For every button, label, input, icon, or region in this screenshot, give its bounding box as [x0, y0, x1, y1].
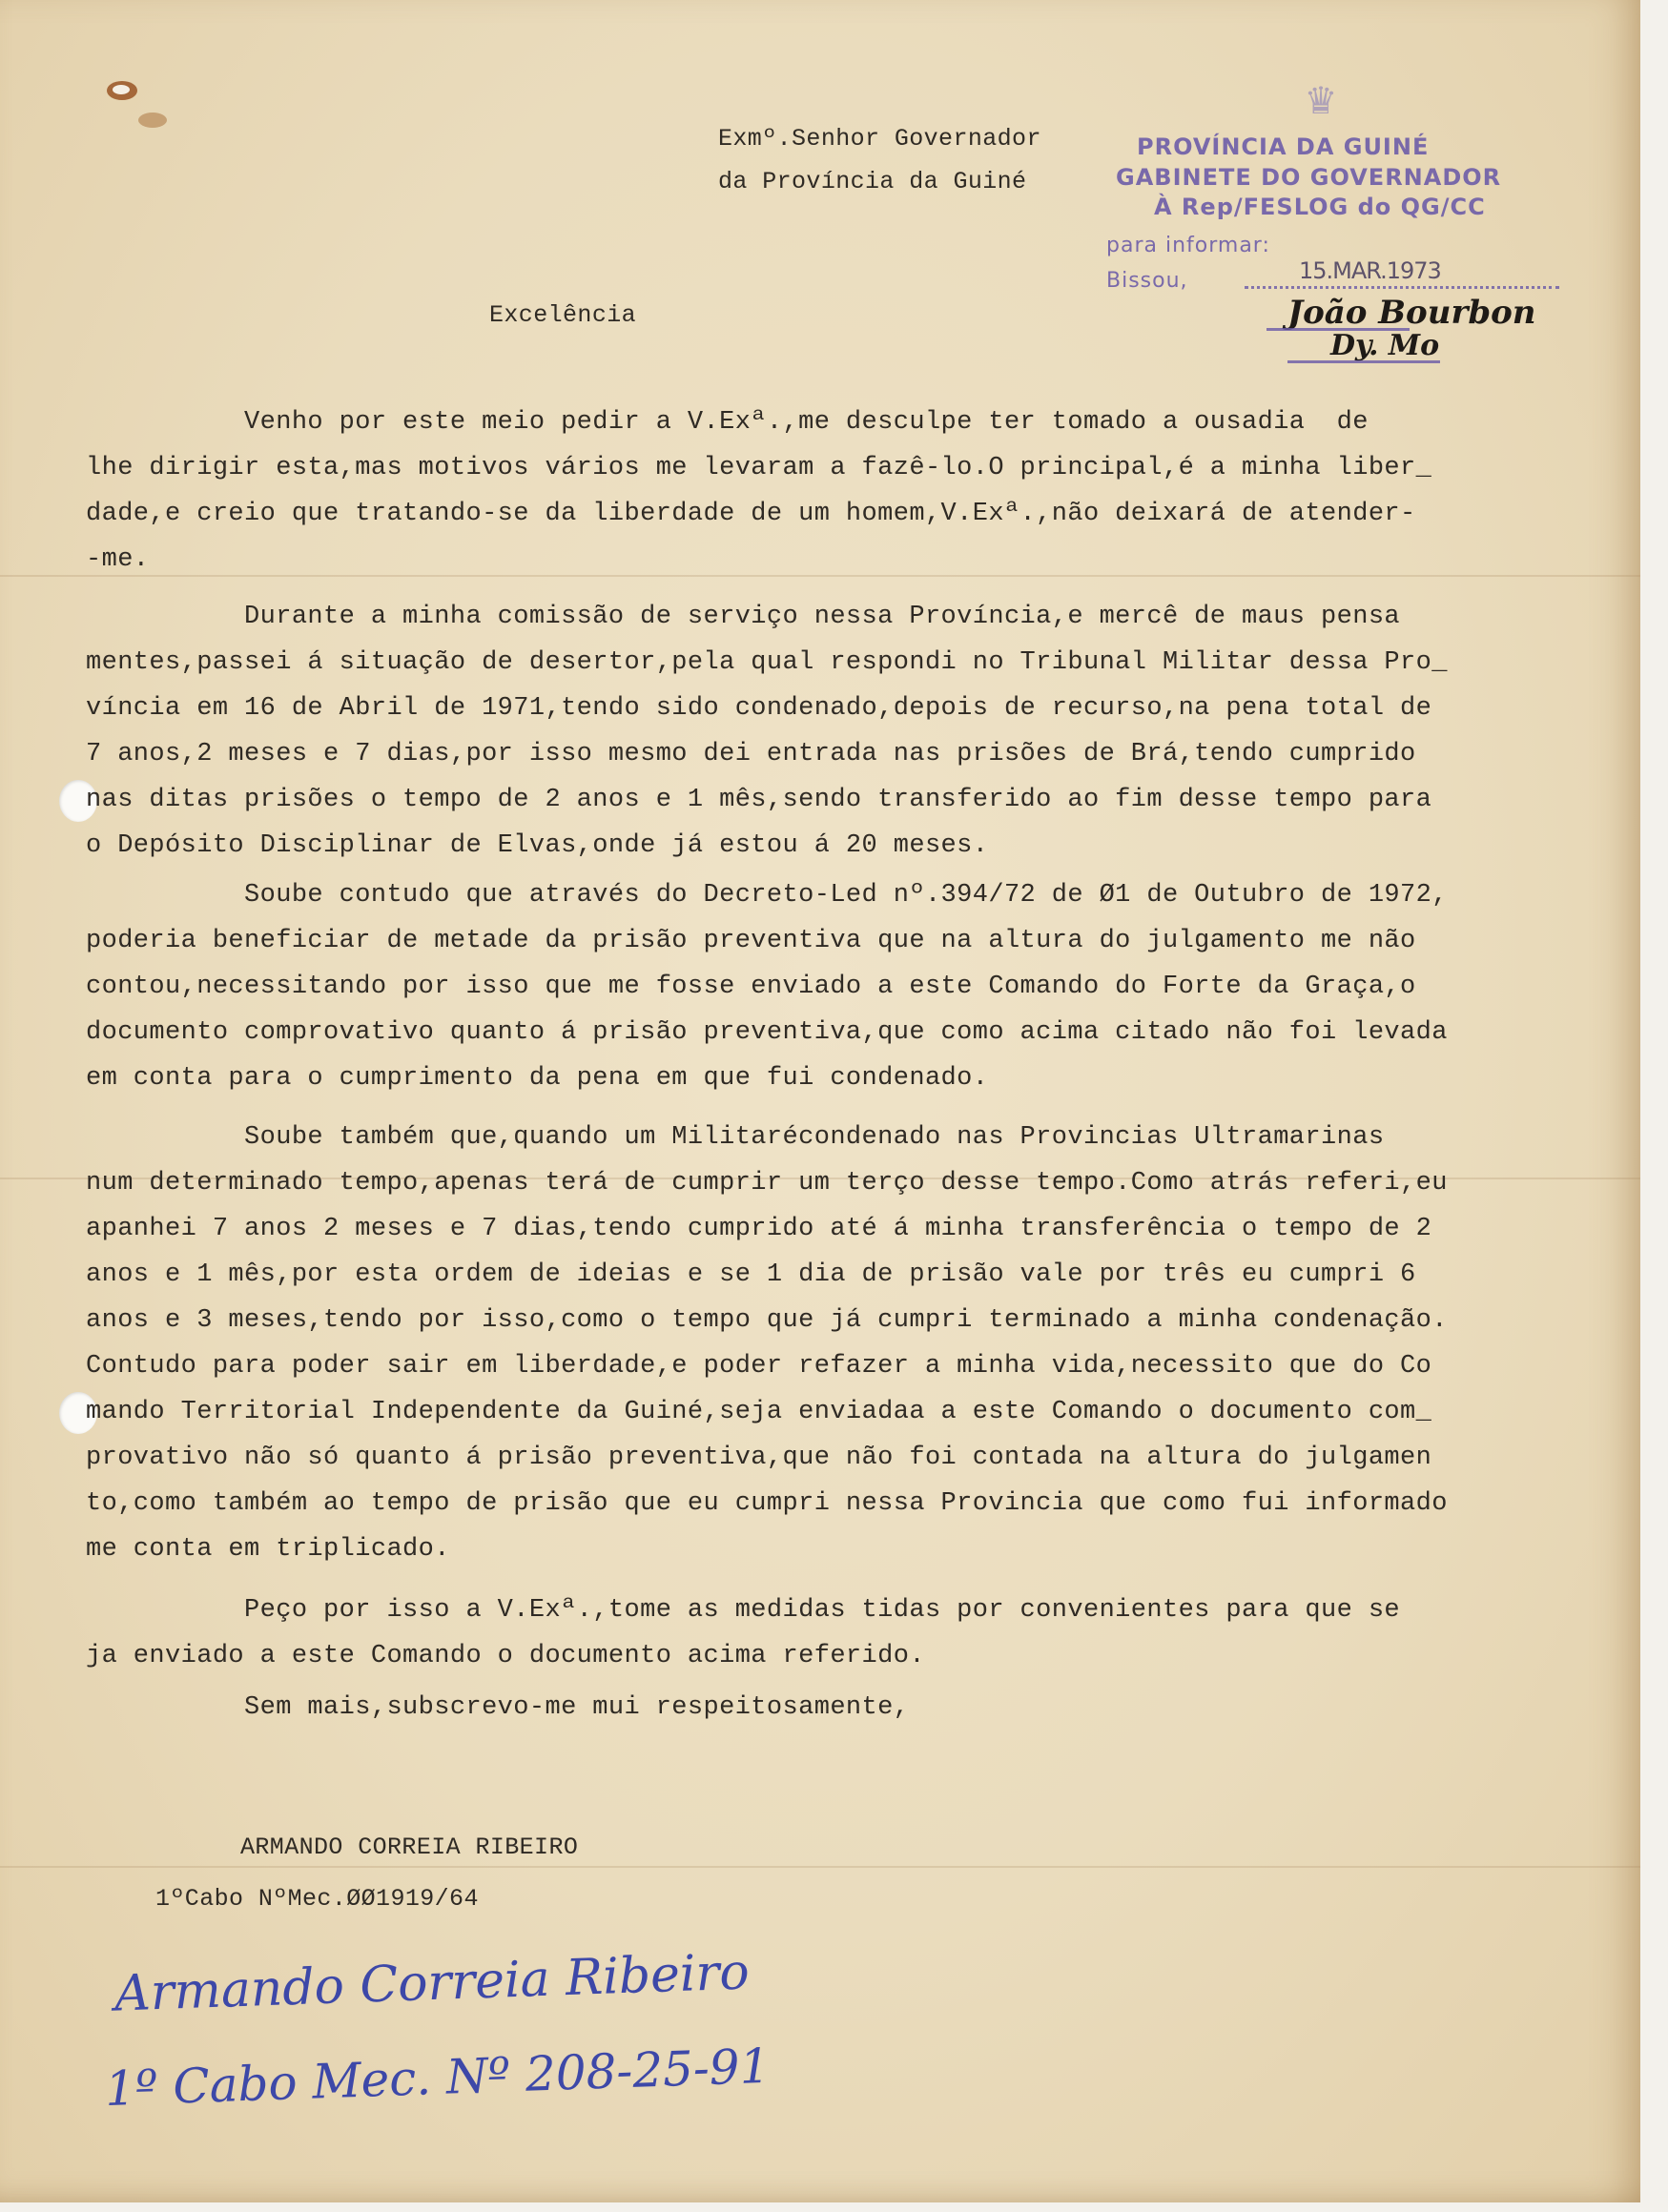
typed-name: ARMANDO CORREIA RIBEIRO: [240, 1833, 578, 1861]
body-line: provativo não só quanto á prisão prevent…: [86, 1444, 1431, 1472]
body-line: Soube também que,quando um Militaréconde…: [86, 1123, 1384, 1152]
stamp-date: 15.MAR.1973: [1299, 257, 1441, 284]
body-line: apanhei 7 anos 2 meses e 7 dias,tendo cu…: [86, 1215, 1431, 1243]
annotation-line-1: João Bourbon: [1287, 294, 1536, 332]
body-line: documento comprovativo quanto á prisão p…: [86, 1018, 1448, 1047]
body-line: víncia em 16 de Abril de 1971,tendo sido…: [86, 694, 1431, 723]
body-line: dade,e creio que tratando-se da liberdad…: [86, 500, 1416, 528]
rust-stain: [138, 113, 167, 128]
coat-of-arms-icon: ♛: [1292, 72, 1349, 138]
body-line: Durante a minha comissão de serviço ness…: [86, 603, 1400, 631]
annotation-line-2: Dy. Mo: [1330, 329, 1439, 362]
handwritten-signature: Armando Correia Ribeiro: [113, 1943, 750, 2022]
body-line: Contudo para poder sair em liberdade,e p…: [86, 1352, 1431, 1381]
body-line: contou,necessitando por isso que me foss…: [86, 973, 1416, 1001]
typed-rank-number: 1ºCabo NºMec.ØØ1919/64: [155, 1885, 479, 1913]
stamp-date-line: [1245, 286, 1559, 289]
annotation-underline: [1287, 360, 1440, 363]
body-line: Peço por isso a V.Exª.,tome as medidas t…: [86, 1596, 1400, 1625]
body-line: nas ditas prisões o tempo de 2 anos e 1 …: [86, 786, 1431, 814]
stamp-place: Bissou,: [1106, 269, 1188, 293]
fold-crease: [0, 1866, 1640, 1868]
addressee-line-2: da Província da Guiné: [718, 168, 1026, 195]
stamp-line-3: À Rep/FESLOG do QG/CC: [1154, 194, 1486, 220]
letter-paper: Exmº.Senhor Governador da Província da G…: [0, 0, 1640, 2202]
body-line: lhe dirigir esta,mas motivos vários me l…: [86, 454, 1431, 482]
stamp-line-2: GABINETE DO GOVERNADOR: [1116, 164, 1501, 191]
body-line: mentes,passei á situação de desertor,pel…: [86, 648, 1448, 677]
body-line: 7 anos,2 meses e 7 dias,por isso mesmo d…: [86, 740, 1416, 768]
body-line: mando Territorial Independente da Guiné,…: [86, 1398, 1431, 1426]
salutation: Excelência: [489, 301, 636, 329]
body-line: ja enviado a este Comando o documento ac…: [86, 1642, 925, 1670]
body-line: anos e 3 meses,tendo por isso,como o tem…: [86, 1306, 1448, 1335]
body-line: Sem mais,subscrevo-me mui respeitosament…: [86, 1693, 909, 1722]
body-line: o Depósito Disciplinar de Elvas,onde já …: [86, 831, 988, 860]
rust-stain-center: [113, 85, 130, 94]
handwritten-rank-number: 1º Cabo Mec. Nº 208-25-91: [104, 2038, 771, 2117]
stamp-line-4: para informar:: [1106, 234, 1270, 257]
body-line: anos e 1 mês,por esta ordem de ideias e …: [86, 1260, 1416, 1289]
stamp-line-1: PROVÍNCIA DA GUINÉ: [1137, 133, 1429, 160]
body-line: num determinado tempo,apenas terá de cum…: [86, 1169, 1448, 1198]
body-line: to,como também ao tempo de prisão que eu…: [86, 1489, 1448, 1518]
fold-crease: [0, 575, 1640, 577]
body-line: poderia beneficiar de metade da prisão p…: [86, 927, 1416, 955]
body-line: Soube contudo que através do Decreto-Led…: [86, 881, 1448, 910]
body-line: em conta para o cumprimento da pena em q…: [86, 1064, 988, 1093]
addressee-line-1: Exmº.Senhor Governador: [718, 125, 1041, 153]
body-line: Venho por este meio pedir a V.Exª.,me de…: [86, 408, 1369, 437]
body-line: me conta em triplicado.: [86, 1535, 450, 1564]
body-line: -me.: [86, 545, 149, 574]
